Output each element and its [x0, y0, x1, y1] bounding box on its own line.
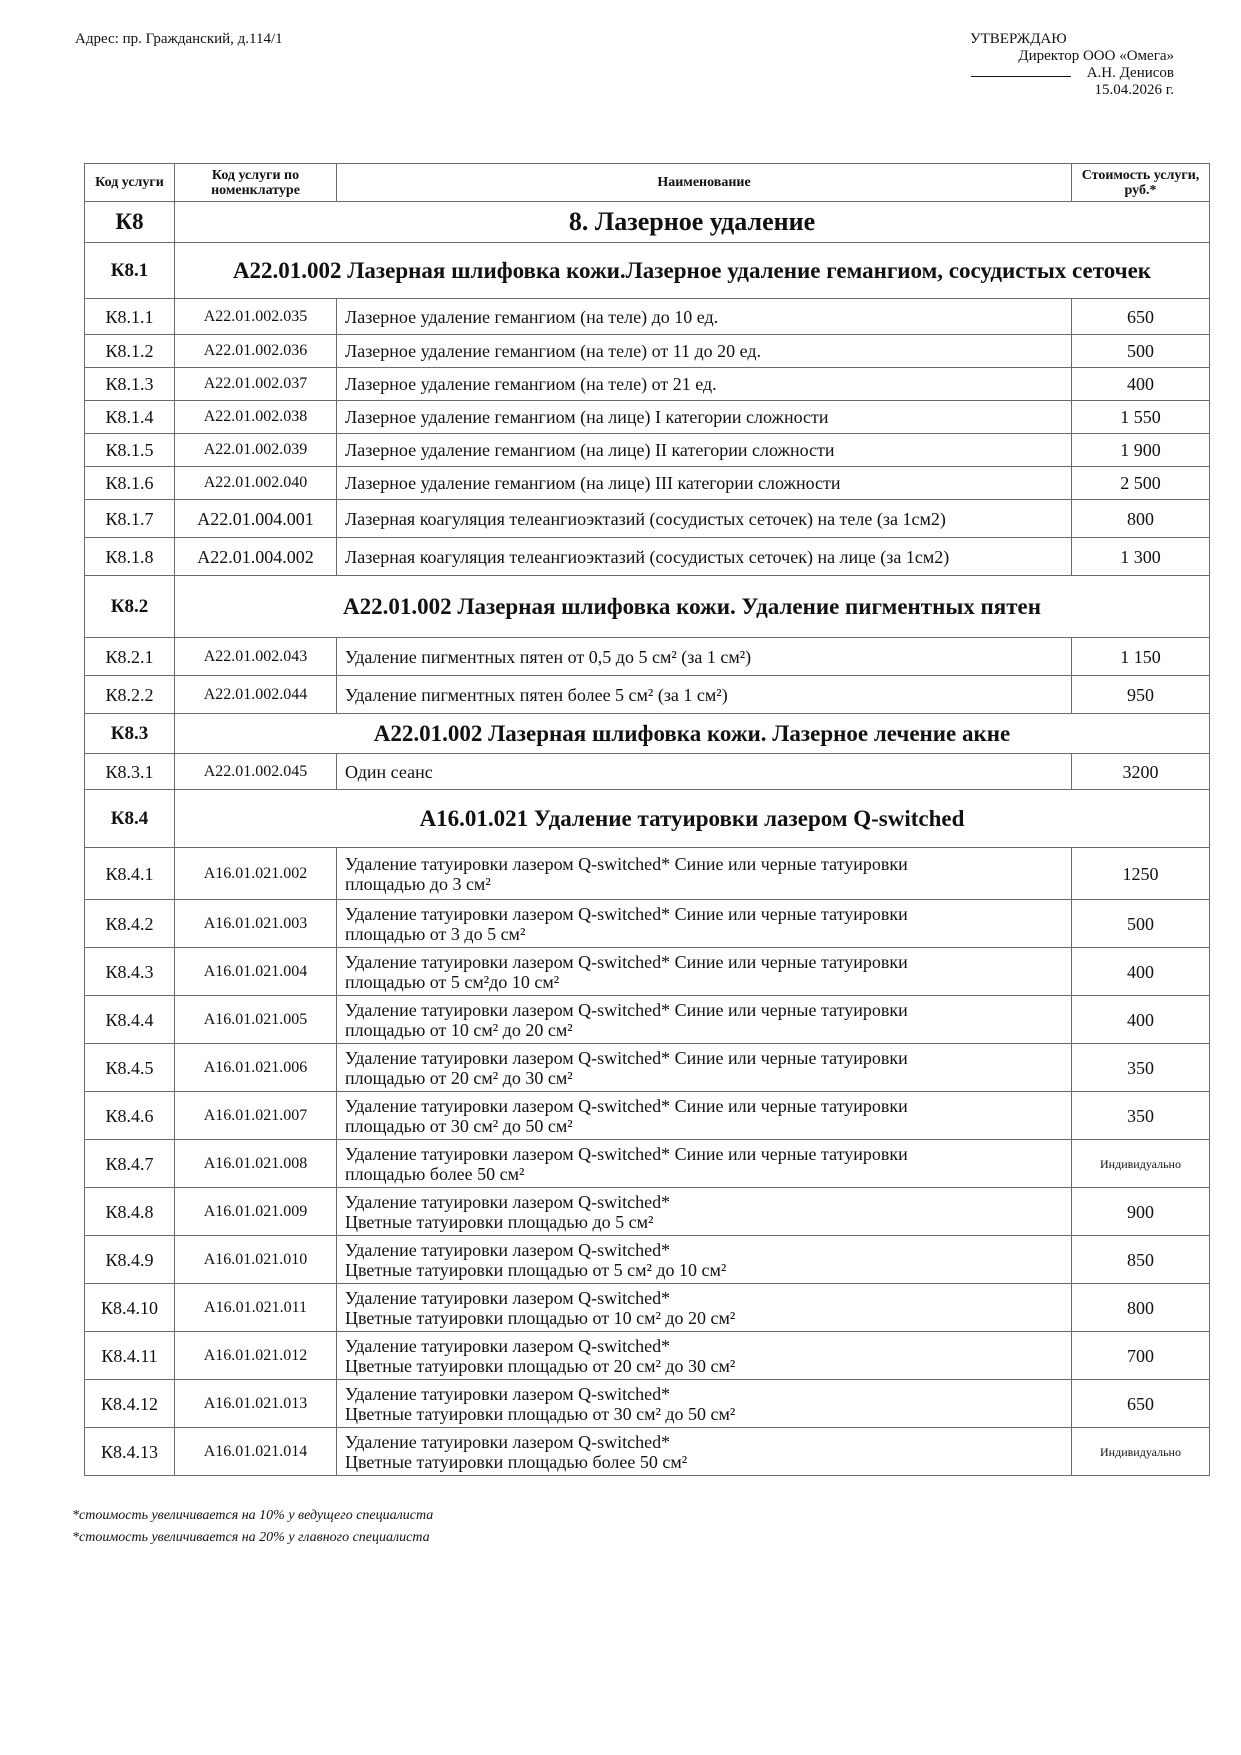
nomenclature-code: А16.01.021.007	[175, 1092, 337, 1140]
group-row: К8.4А16.01.021 Удаление татуировки лазер…	[85, 790, 1210, 848]
table-row: К8.1.4А22.01.002.038Лазерное удаление ге…	[85, 401, 1210, 434]
service-name: Удаление пигментных пятен от 0,5 до 5 см…	[337, 638, 1072, 676]
service-name: Удаление татуировки лазером Q-switched* …	[337, 1284, 1072, 1332]
service-code: К8.4.3	[85, 948, 175, 996]
table-row: К8.1.5А22.01.002.039Лазерное удаление ге…	[85, 434, 1210, 467]
table-row: К8.2.1А22.01.002.043Удаление пигментных …	[85, 638, 1210, 676]
service-price: 350	[1072, 1044, 1210, 1092]
table-row: К8.1.2А22.01.002.036Лазерное удаление ге…	[85, 335, 1210, 368]
service-price: 1250	[1072, 848, 1210, 900]
group-title: А22.01.002 Лазерная шлифовка кожи.Лазерн…	[175, 243, 1210, 299]
service-code: К8.1.8	[85, 538, 175, 576]
col-header-price: Стоимость услуги, руб.*	[1072, 164, 1210, 202]
service-code: К8.1.1	[85, 299, 175, 335]
nomenclature-code: А22.01.002.043	[175, 638, 337, 676]
service-name: Удаление татуировки лазером Q-switched* …	[337, 1332, 1072, 1380]
approve-title: УТВЕРЖДАЮ	[934, 31, 1174, 48]
service-price: 400	[1072, 948, 1210, 996]
group-code: К8.1	[85, 243, 175, 299]
table-row: К8.4.8А16.01.021.009Удаление татуировки …	[85, 1188, 1210, 1236]
service-price: 500	[1072, 335, 1210, 368]
nomenclature-code: А22.01.002.038	[175, 401, 337, 434]
nomenclature-code: А16.01.021.006	[175, 1044, 337, 1092]
table-row: К8.4.3А16.01.021.004Удаление татуировки …	[85, 948, 1210, 996]
service-price: 850	[1072, 1236, 1210, 1284]
table-header-row: Код услуги Код услуги по номенклатуре На…	[85, 164, 1210, 202]
service-code: К8.4.9	[85, 1236, 175, 1284]
group-title: А16.01.021 Удаление татуировки лазером Q…	[175, 790, 1210, 848]
service-price: 1 150	[1072, 638, 1210, 676]
table-row: К8.4.9А16.01.021.010Удаление татуировки …	[85, 1236, 1210, 1284]
table-row: К8.1.6А22.01.002.040Лазерное удаление ге…	[85, 467, 1210, 500]
signature-line	[971, 65, 1071, 77]
table-row: К8.4.13А16.01.021.014Удаление татуировки…	[85, 1428, 1210, 1476]
table-row: К8.4.7А16.01.021.008Удаление татуировки …	[85, 1140, 1210, 1188]
nomenclature-code: А22.01.002.045	[175, 754, 337, 790]
group-row: К8.3А22.01.002 Лазерная шлифовка кожи. Л…	[85, 714, 1210, 754]
section-code: К8	[85, 202, 175, 243]
table-row: К8.1.8А22.01.004.002Лазерная коагуляция …	[85, 538, 1210, 576]
service-code: К8.1.2	[85, 335, 175, 368]
service-code: К8.4.12	[85, 1380, 175, 1428]
col-header-name: Наименование	[337, 164, 1072, 202]
service-name: Удаление татуировки лазером Q-switched* …	[337, 1140, 1072, 1188]
approve-position: Директор ООО «Омега»	[934, 48, 1174, 65]
group-title: А22.01.002 Лазерная шлифовка кожи. Лазер…	[175, 714, 1210, 754]
col-header-nom: Код услуги по номенклатуре	[175, 164, 337, 202]
col-header-code: Код услуги	[85, 164, 175, 202]
nomenclature-code: А22.01.004.002	[175, 538, 337, 576]
approve-date: 15.04.2026 г.	[934, 82, 1174, 99]
service-price: 800	[1072, 500, 1210, 538]
service-code: К8.2.1	[85, 638, 175, 676]
nomenclature-code: А22.01.004.001	[175, 500, 337, 538]
service-price: 950	[1072, 676, 1210, 714]
table-row: К8.4.5А16.01.021.006Удаление татуировки …	[85, 1044, 1210, 1092]
service-code: К8.1.7	[85, 500, 175, 538]
service-code: К8.4.4	[85, 996, 175, 1044]
table-row: К8.1.1А22.01.002.035Лазерное удаление ге…	[85, 299, 1210, 335]
service-name: Удаление татуировки лазером Q-switched* …	[337, 1188, 1072, 1236]
nomenclature-code: А16.01.021.009	[175, 1188, 337, 1236]
section-title: 8. Лазерное удаление	[175, 202, 1210, 243]
service-code: К8.4.1	[85, 848, 175, 900]
service-code: К8.4.6	[85, 1092, 175, 1140]
section-row: К8 8. Лазерное удаление	[85, 202, 1210, 243]
group-title: А22.01.002 Лазерная шлифовка кожи. Удале…	[175, 576, 1210, 638]
group-row: К8.2А22.01.002 Лазерная шлифовка кожи. У…	[85, 576, 1210, 638]
service-name: Удаление татуировки лазером Q-switched* …	[337, 1428, 1072, 1476]
table-row: К8.4.12А16.01.021.013Удаление татуировки…	[85, 1380, 1210, 1428]
service-price: 900	[1072, 1188, 1210, 1236]
nomenclature-code: А22.01.002.036	[175, 335, 337, 368]
service-price: Индивидуально	[1072, 1140, 1210, 1188]
service-price: 1 550	[1072, 401, 1210, 434]
service-name: Удаление татуировки лазером Q-switched* …	[337, 1380, 1072, 1428]
service-price: 650	[1072, 1380, 1210, 1428]
service-name: Один сеанс	[337, 754, 1072, 790]
service-price: Индивидуально	[1072, 1428, 1210, 1476]
nomenclature-code: А16.01.021.005	[175, 996, 337, 1044]
service-name: Лазерное удаление гемангиом (на теле) от…	[337, 335, 1072, 368]
service-name: Удаление татуировки лазером Q-switched* …	[337, 1236, 1072, 1284]
table-row: К8.2.2А22.01.002.044Удаление пигментных …	[85, 676, 1210, 714]
service-code: К8.4.2	[85, 900, 175, 948]
service-code: К8.4.7	[85, 1140, 175, 1188]
service-price: 400	[1072, 368, 1210, 401]
table-row: К8.4.11А16.01.021.012Удаление татуировки…	[85, 1332, 1210, 1380]
group-code: К8.3	[85, 714, 175, 754]
service-price: 700	[1072, 1332, 1210, 1380]
service-price: 800	[1072, 1284, 1210, 1332]
group-code: К8.2	[85, 576, 175, 638]
service-code: К8.1.4	[85, 401, 175, 434]
service-name: Удаление татуировки лазером Q-switched* …	[337, 1092, 1072, 1140]
service-name: Удаление татуировки лазером Q-switched* …	[337, 996, 1072, 1044]
nomenclature-code: А16.01.021.004	[175, 948, 337, 996]
service-code: К8.4.5	[85, 1044, 175, 1092]
table-row: К8.3.1А22.01.002.045Один сеанс3200	[85, 754, 1210, 790]
nomenclature-code: А22.01.002.035	[175, 299, 337, 335]
table-row: К8.4.1А16.01.021.002Удаление татуировки …	[85, 848, 1210, 900]
table-row: К8.4.6А16.01.021.007Удаление татуировки …	[85, 1092, 1210, 1140]
service-price: 2 500	[1072, 467, 1210, 500]
service-code: К8.4.10	[85, 1284, 175, 1332]
nomenclature-code: А22.01.002.037	[175, 368, 337, 401]
service-name: Лазерная коагуляция телеангиоэктазий (со…	[337, 500, 1072, 538]
service-code: К8.4.8	[85, 1188, 175, 1236]
service-code: К8.1.6	[85, 467, 175, 500]
approve-signature-line: А.Н. Денисов	[934, 65, 1174, 82]
service-name: Лазерная коагуляция телеангиоэктазий (со…	[337, 538, 1072, 576]
nomenclature-code: А16.01.021.010	[175, 1236, 337, 1284]
service-name: Удаление татуировки лазером Q-switched* …	[337, 848, 1072, 900]
service-price: 1 900	[1072, 434, 1210, 467]
address: Адрес: пр. Гражданский, д.114/1	[75, 31, 283, 48]
service-name: Лазерное удаление гемангиом (на теле) от…	[337, 368, 1072, 401]
group-row: К8.1А22.01.002 Лазерная шлифовка кожи.Ла…	[85, 243, 1210, 299]
service-code: К8.1.3	[85, 368, 175, 401]
service-price: 3200	[1072, 754, 1210, 790]
service-price: 500	[1072, 900, 1210, 948]
nomenclature-code: А16.01.021.013	[175, 1380, 337, 1428]
approval-block: УТВЕРЖДАЮ Директор ООО «Омега» А.Н. Дени…	[934, 31, 1174, 99]
nomenclature-code: А16.01.021.003	[175, 900, 337, 948]
service-name: Удаление татуировки лазером Q-switched* …	[337, 948, 1072, 996]
nomenclature-code: А16.01.021.002	[175, 848, 337, 900]
service-name: Удаление пигментных пятен более 5 см² (з…	[337, 676, 1072, 714]
table-row: К8.1.3А22.01.002.037Лазерное удаление ге…	[85, 368, 1210, 401]
service-name: Удаление татуировки лазером Q-switched* …	[337, 900, 1072, 948]
nomenclature-code: А16.01.021.008	[175, 1140, 337, 1188]
service-name: Лазерное удаление гемангиом (на теле) до…	[337, 299, 1072, 335]
nomenclature-code: А22.01.002.044	[175, 676, 337, 714]
service-name: Лазерное удаление гемангиом (на лице) II…	[337, 467, 1072, 500]
service-code: К8.3.1	[85, 754, 175, 790]
service-code: К8.2.2	[85, 676, 175, 714]
service-code: К8.4.13	[85, 1428, 175, 1476]
service-price: 650	[1072, 299, 1210, 335]
nomenclature-code: А16.01.021.011	[175, 1284, 337, 1332]
service-name: Лазерное удаление гемангиом (на лице) II…	[337, 434, 1072, 467]
nomenclature-code: А16.01.021.014	[175, 1428, 337, 1476]
group-code: К8.4	[85, 790, 175, 848]
approve-name: А.Н. Денисов	[1087, 65, 1174, 81]
service-name: Удаление татуировки лазером Q-switched* …	[337, 1044, 1072, 1092]
service-price: 400	[1072, 996, 1210, 1044]
table-row: К8.1.7А22.01.004.001Лазерная коагуляция …	[85, 500, 1210, 538]
table-row: К8.4.4А16.01.021.005Удаление татуировки …	[85, 996, 1210, 1044]
service-code: К8.4.11	[85, 1332, 175, 1380]
nomenclature-code: А22.01.002.039	[175, 434, 337, 467]
price-table: Код услуги Код услуги по номенклатуре На…	[84, 163, 1210, 1476]
service-price: 350	[1072, 1092, 1210, 1140]
table-row: К8.4.10А16.01.021.011Удаление татуировки…	[85, 1284, 1210, 1332]
footnote-2: *стоимость увеличивается на 20% у главно…	[72, 1530, 430, 1546]
service-code: К8.1.5	[85, 434, 175, 467]
service-name: Лазерное удаление гемангиом (на лице) I …	[337, 401, 1072, 434]
service-price: 1 300	[1072, 538, 1210, 576]
table-row: К8.4.2А16.01.021.003Удаление татуировки …	[85, 900, 1210, 948]
nomenclature-code: А16.01.021.012	[175, 1332, 337, 1380]
nomenclature-code: А22.01.002.040	[175, 467, 337, 500]
footnote-1: *стоимость увеличивается на 10% у ведуще…	[72, 1508, 433, 1524]
